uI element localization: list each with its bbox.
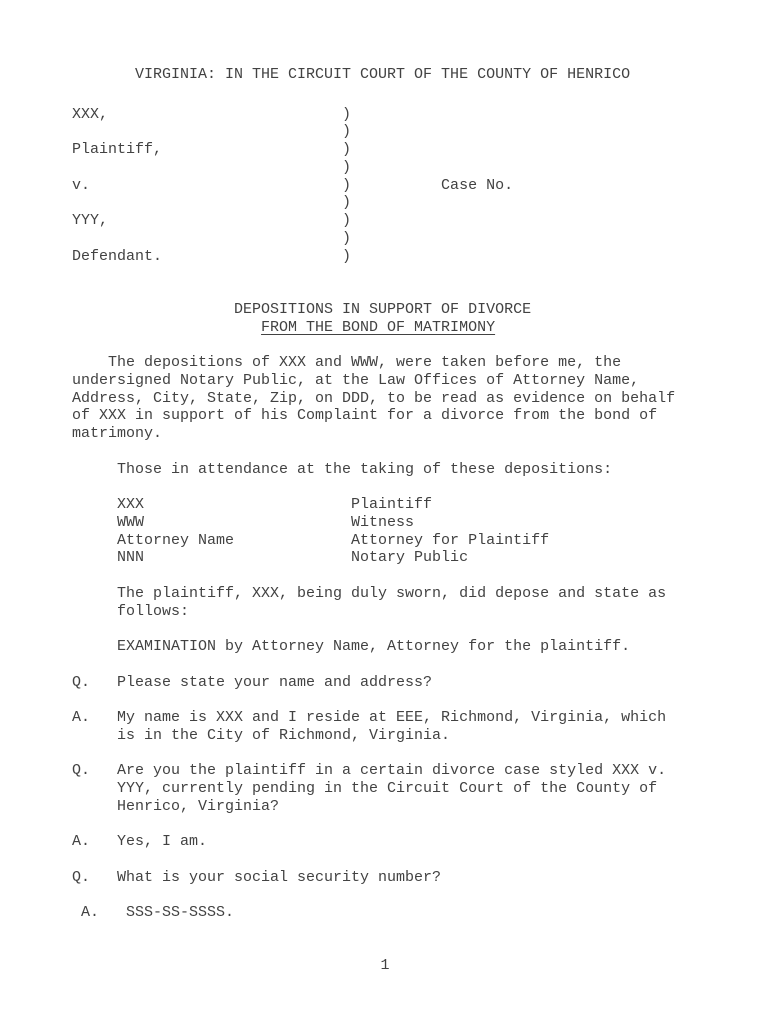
document-line: The plaintiff, XXX, being duly sworn, di… [72, 585, 675, 603]
document-page: VIRGINIA: IN THE CIRCUIT COURT OF THE CO… [0, 0, 770, 1024]
underlined-heading: FROM THE BOND OF MATRIMONY [261, 319, 495, 336]
document-line: is in the City of Richmond, Virginia. [72, 727, 675, 745]
document-line [72, 567, 675, 585]
document-line: VIRGINIA: IN THE CIRCUIT COURT OF THE CO… [72, 66, 675, 84]
document-line: Plaintiff, ) [72, 141, 675, 159]
document-line: XXX Plaintiff [72, 496, 675, 514]
document-line [72, 816, 675, 834]
document-line: DEPOSITIONS IN SUPPORT OF DIVORCE [72, 301, 675, 319]
document-line: A. My name is XXX and I reside at EEE, R… [72, 709, 675, 727]
document-line: Henrico, Virginia? [72, 798, 675, 816]
document-line: A. Yes, I am. [72, 833, 675, 851]
document-line [72, 88, 675, 106]
document-line [72, 265, 675, 283]
document-line: EXAMINATION by Attorney Name, Attorney f… [72, 638, 675, 656]
document-line: undersigned Notary Public, at the Law Of… [72, 372, 675, 390]
document-line: XXX, ) [72, 106, 675, 124]
document-line [72, 745, 675, 763]
document-line: ) [72, 194, 675, 212]
document-line [72, 443, 675, 461]
document-line: of XXX in support of his Complaint for a… [72, 407, 675, 425]
document-line: YYY, currently pending in the Circuit Co… [72, 780, 675, 798]
document-line [72, 887, 675, 905]
document-line: Attorney Name Attorney for Plaintiff [72, 532, 675, 550]
document-line [72, 336, 675, 354]
document-line: Address, City, State, Zip, on DDD, to be… [72, 390, 675, 408]
document-line: FROM THE BOND OF MATRIMONY [72, 319, 675, 337]
document-line [72, 656, 675, 674]
document-line [72, 478, 675, 496]
document-line: Q. What is your social security number? [72, 869, 675, 887]
line-segment [72, 319, 261, 336]
document-line: v. ) Case No. [72, 177, 675, 195]
document-line: ) [72, 159, 675, 177]
document-line [72, 691, 675, 709]
document-body: VIRGINIA: IN THE CIRCUIT COURT OF THE CO… [72, 66, 675, 922]
document-line: WWW Witness [72, 514, 675, 532]
document-line: NNN Notary Public [72, 549, 675, 567]
document-line: ) [72, 123, 675, 141]
document-line [72, 620, 675, 638]
document-line [72, 851, 675, 869]
document-line: A. SSS-SS-SSSS. [72, 904, 675, 922]
document-line: Defendant. ) [72, 248, 675, 266]
page-number: 1 [0, 957, 770, 975]
document-line: matrimony. [72, 425, 675, 443]
document-line [72, 283, 675, 301]
document-line: The depositions of XXX and WWW, were tak… [72, 354, 675, 372]
document-line: ) [72, 230, 675, 248]
document-line: follows: [72, 603, 675, 621]
document-line: Those in attendance at the taking of the… [72, 461, 675, 479]
document-line: Q. Are you the plaintiff in a certain di… [72, 762, 675, 780]
document-line: Q. Please state your name and address? [72, 674, 675, 692]
document-line: YYY, ) [72, 212, 675, 230]
